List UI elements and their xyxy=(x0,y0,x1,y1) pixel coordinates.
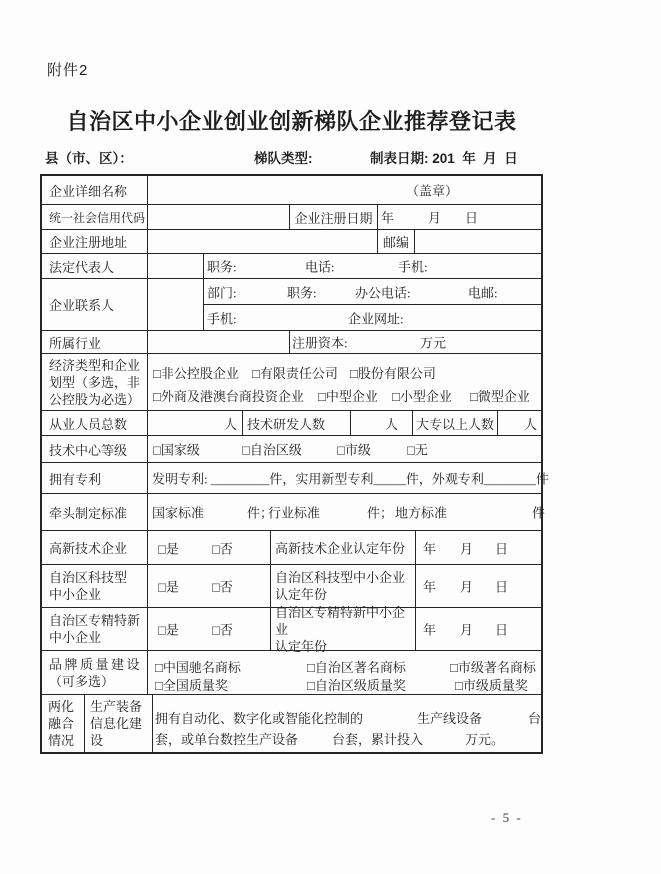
checkbox-no: □否 xyxy=(212,577,233,596)
hightech-yesno-cell: □是 □否 xyxy=(147,531,270,564)
rd-value-cell: 人 xyxy=(350,411,412,435)
day-label: 日 xyxy=(495,577,508,596)
postcode-value-cell xyxy=(414,230,541,253)
month-label: 月 xyxy=(460,538,473,557)
form-header-line: 县（市、区）： 梯队类型: 制表日期: 201 年 月 日 xyxy=(0,147,661,165)
equipment-label-cell: 生产装备 信息化建 设 xyxy=(84,695,152,752)
specialized-label-line2: 中小企业 xyxy=(49,629,101,646)
duty-label: 职务: xyxy=(207,257,237,276)
row-specialized: 自治区专精特新 中小企业 □是 □否 自治区专精特新中小企业 认定年份 年 月 … xyxy=(42,607,541,650)
brand-label-cell: 品牌质量建设 （可多选） xyxy=(42,651,147,694)
informatization-text-3: 台 xyxy=(528,708,541,727)
specialized-year-cell: 年 月 日 xyxy=(415,608,541,650)
row-contact: 企业联系人 部门: 职务: 办公电话: 电邮: 手机: 企业网址: xyxy=(42,278,541,330)
economic-type-label-line2: 划型（多选，非 xyxy=(49,374,140,391)
economic-type-label-line3: 公控股为必选） xyxy=(49,391,140,408)
industry-label: 所属行业 xyxy=(49,333,101,352)
equipment-label-line2: 信息化建 xyxy=(90,715,142,732)
month-label: 月 xyxy=(460,620,473,639)
industry-value-cell xyxy=(147,331,289,353)
hightech-label: 高新技术企业 xyxy=(49,538,127,557)
checkbox-llc: □有限责任公司 xyxy=(252,363,338,382)
scitech-yesno-cell: □是 □否 xyxy=(147,565,270,607)
legal-rep-name-cell xyxy=(147,254,203,278)
legal-rep-label-cell: 法定代表人 xyxy=(42,254,147,278)
tech-center-options-cell: □国家级 □自治区级 □市级 □无 xyxy=(147,436,541,462)
reg-date-value-cell: 年 月 日 xyxy=(377,205,541,229)
year-label: 年 xyxy=(381,208,394,227)
row-brand: 品牌质量建设 （可多选） □中国驰名商标 □自治区著名商标 □市级著名商标 □全… xyxy=(42,650,541,694)
college-unit: 人 xyxy=(524,414,537,433)
day-label: 日 xyxy=(495,538,508,557)
website-label: 企业网址: xyxy=(348,308,404,327)
patents-content-cell: 发明专利: _________件，实用新型专利_____件，外观专利______… xyxy=(147,463,541,493)
employees-unit: 人 xyxy=(224,414,237,433)
reg-address-label-cell: 企业注册地址 xyxy=(42,230,147,253)
specialized-label-line1: 自治区专精特新 xyxy=(49,612,140,629)
row-informatization: 两化 融合 情况 生产装备 信息化建 设 拥有自动化、数字化或智能化控制的 生产… xyxy=(42,694,541,752)
reg-date-label: 企业注册日期 xyxy=(294,208,372,227)
scitech-year-cell: 年 月 日 xyxy=(415,565,541,607)
specialized-label-cell: 自治区专精特新 中小企业 xyxy=(42,608,147,650)
row-company-name: 企业详细名称 （盖章） xyxy=(42,176,541,204)
contact-name-cell xyxy=(147,279,203,330)
checkbox-yes: □是 xyxy=(158,538,179,557)
tech-center-label: 技术中心等级 xyxy=(49,440,127,459)
scitech-label-line2: 中小企业 xyxy=(49,586,101,603)
contact-detail-line2: 手机: 企业网址: xyxy=(204,304,541,330)
checkbox-non-state: □非公控股企业 xyxy=(153,363,239,382)
standards-national: 国家标准 xyxy=(152,503,204,522)
scitech-label-line1: 自治区科技型 xyxy=(49,569,127,586)
scanned-form-page: 附件2 自治区中小企业创业创新梯队企业推荐登记表 县（市、区）： 梯队类型: 制… xyxy=(0,0,661,874)
company-name-label-cell: 企业详细名称 xyxy=(42,176,147,204)
checkbox-yes: □是 xyxy=(158,620,179,639)
echelon-type-label: 梯队类型: xyxy=(254,147,313,167)
contact-label: 企业联系人 xyxy=(49,295,114,314)
brand-label-line2: （可多选） xyxy=(49,673,114,690)
checkbox-region-famous: □自治区著名商标 xyxy=(307,657,406,676)
hightech-label-cell: 高新技术企业 xyxy=(42,531,147,564)
informatization-label-line3: 情况 xyxy=(48,732,74,749)
scitech-year-label-line1: 自治区科技型中小企业 xyxy=(275,569,405,586)
row-patents: 拥有专利 发明专利: _________件，实用新型专利_____件，外观专利_… xyxy=(42,462,541,493)
company-name-label: 企业详细名称 xyxy=(49,181,127,200)
reg-date-label-cell: 企业注册日期 xyxy=(289,205,377,229)
row-economic-type: 经济类型和企业 划型（多选，非 公控股为必选） □非公控股企业 □有限责任公司 … xyxy=(42,353,541,410)
contact-label-cell: 企业联系人 xyxy=(42,279,147,330)
economic-type-label-line1: 经济类型和企业 xyxy=(49,357,140,374)
row-reg-address: 企业注册地址 邮编 xyxy=(42,229,541,253)
standards-label-cell: 牵头制定标准 xyxy=(42,494,147,530)
employees-value-cell: 人 xyxy=(147,411,242,435)
row-credit-code: 统一社会信用代码 企业注册日期 年 月 日 xyxy=(42,204,541,229)
legal-rep-detail-cell: 职务: 电话: 手机: xyxy=(203,254,541,278)
row-employees: 从业人员总数 人 技术研发人数 人 大专以上人数 人 xyxy=(42,410,541,435)
row-standards: 牵头制定标准 国家标准 件； 行业标准 件； 地方标准 件 xyxy=(42,493,541,530)
year-label: 年 xyxy=(423,577,436,596)
specialized-yesno-cell: □是 □否 xyxy=(147,608,270,650)
rd-unit: 人 xyxy=(385,414,398,433)
capital-cell: 注册资本: 万元 xyxy=(289,331,541,353)
employees-label-cell: 从业人员总数 xyxy=(42,411,147,435)
duty-label: 职务: xyxy=(287,282,317,301)
page-number: - 5 - xyxy=(491,810,523,826)
informatization-label-line2: 融合 xyxy=(48,715,74,732)
standards-content-cell: 国家标准 件； 行业标准 件； 地方标准 件 xyxy=(147,494,541,530)
checkbox-no: □否 xyxy=(212,538,233,557)
reg-address-label: 企业注册地址 xyxy=(49,232,127,251)
row-tech-center: 技术中心等级 □国家级 □自治区级 □市级 □无 xyxy=(42,435,541,462)
checkbox-jsc: □股份有限公司 xyxy=(350,363,436,382)
county-label: 县（市、区）： xyxy=(45,147,133,167)
checkbox-regional: □自治区级 xyxy=(242,440,302,459)
hightech-year-label: 高新技术企业认定年份 xyxy=(275,538,405,557)
postcode-label-cell: 邮编 xyxy=(377,230,414,253)
hightech-year-cell: 年 月 日 xyxy=(415,531,541,564)
checkbox-city-famous: □市级著名商标 xyxy=(450,657,536,676)
legal-rep-label: 法定代表人 xyxy=(49,257,114,276)
mobile-label: 手机: xyxy=(398,257,428,276)
patents-label: 拥有专利 xyxy=(49,469,101,488)
industry-label-cell: 所属行业 xyxy=(42,331,147,353)
company-name-value-cell: （盖章） xyxy=(147,176,541,204)
checkbox-city-quality: □市级质量奖 xyxy=(455,675,528,694)
contact-detail-cell: 部门: 职务: 办公电话: 电邮: 手机: 企业网址: xyxy=(203,279,541,330)
row-legal-rep: 法定代表人 职务: 电话: 手机: xyxy=(42,253,541,278)
scitech-year-label-cell: 自治区科技型中小企业 认定年份 xyxy=(270,565,415,607)
mobile-label: 手机: xyxy=(207,308,237,327)
checkbox-medium: □中型企业 xyxy=(318,386,378,405)
contact-detail-line1: 部门: 职务: 办公电话: 电邮: xyxy=(204,279,541,304)
brand-options-cell: □中国驰名商标 □自治区著名商标 □市级著名商标 □全国质量奖 □自治区级质量奖… xyxy=(147,651,541,694)
standards-local: 地方标准 xyxy=(395,503,447,522)
informatization-content-cell: 拥有自动化、数字化或智能化控制的 生产线设备 台 套，或单台数控生产设备 台套，… xyxy=(152,695,541,752)
employees-label: 从业人员总数 xyxy=(49,414,127,433)
informatization-label-cell: 两化 融合 情况 xyxy=(42,695,84,752)
checkbox-national: □国家级 xyxy=(153,440,200,459)
informatization-text-6: 万元。 xyxy=(465,729,504,748)
brand-label-line1: 品牌质量建设 xyxy=(49,656,142,673)
credit-code-label: 统一社会信用代码 xyxy=(49,209,145,226)
checkbox-none: □无 xyxy=(407,440,428,459)
specialized-year-label-line1: 自治区专精特新中小企业 xyxy=(275,604,415,638)
reg-address-value-cell xyxy=(147,230,377,253)
informatization-text-5: 台套，累计投入 xyxy=(332,729,423,748)
standards-label: 牵头制定标准 xyxy=(49,503,127,522)
standards-industry: 行业标准 xyxy=(268,503,320,522)
dept-label: 部门: xyxy=(207,282,237,301)
college-value-cell: 人 xyxy=(497,411,541,435)
checkbox-region-quality: □自治区级质量奖 xyxy=(307,675,406,694)
day-label: 日 xyxy=(465,208,478,227)
rd-label-cell: 技术研发人数 xyxy=(242,411,350,435)
scitech-label-cell: 自治区科技型 中小企业 xyxy=(42,565,147,607)
checkbox-yes: □是 xyxy=(158,577,179,596)
attachment-label: 附件2 xyxy=(47,59,88,80)
specialized-year-label-cell: 自治区专精特新中小企业 认定年份 xyxy=(270,608,415,650)
standards-unit2: 件； xyxy=(367,503,393,522)
hightech-year-label-cell: 高新技术企业认定年份 xyxy=(270,531,415,564)
informatization-text-1: 拥有自动化、数字化或智能化控制的 xyxy=(155,708,363,727)
rd-label: 技术研发人数 xyxy=(247,414,325,433)
month-label: 月 xyxy=(428,208,441,227)
row-hightech: 高新技术企业 □是 □否 高新技术企业认定年份 年 月 日 xyxy=(42,530,541,564)
informatization-label-line1: 两化 xyxy=(48,698,74,715)
credit-code-value-cell xyxy=(147,205,289,229)
checkbox-national-quality: □全国质量奖 xyxy=(155,675,228,694)
checkbox-china-famous: □中国驰名商标 xyxy=(155,657,241,676)
registration-form-table: 企业详细名称 （盖章） 统一社会信用代码 企业注册日期 年 月 日 企 xyxy=(40,174,543,754)
day-label: 日 xyxy=(495,620,508,639)
postcode-label: 邮编 xyxy=(383,232,409,251)
patents-content: 发明专利: _________件，实用新型专利_____件，外观专利______… xyxy=(152,469,549,488)
informatization-text-4: 套，或单台数控生产设备 xyxy=(155,729,298,748)
row-scitech: 自治区科技型 中小企业 □是 □否 自治区科技型中小企业 认定年份 年 月 日 xyxy=(42,564,541,607)
page-title: 自治区中小企业创业创新梯队企业推荐登记表 xyxy=(40,105,543,136)
row-industry: 所属行业 注册资本: 万元 xyxy=(42,330,541,353)
economic-type-options-cell: □非公控股企业 □有限责任公司 □股份有限公司 □外商及港澳台商投资企业 □中型… xyxy=(147,354,541,410)
seal-hint: （盖章） xyxy=(406,181,458,200)
patents-label-cell: 拥有专利 xyxy=(42,463,147,493)
year-label: 年 xyxy=(423,538,436,557)
phone-label: 电话: xyxy=(305,257,335,276)
checkbox-no: □否 xyxy=(212,620,233,639)
checkbox-foreign: □外商及港澳台商投资企业 xyxy=(153,386,304,405)
standards-unit3: 件 xyxy=(532,503,545,522)
checkbox-city: □市级 xyxy=(337,440,371,459)
year-label: 年 xyxy=(423,620,436,639)
informatization-text-2: 生产线设备 xyxy=(417,708,482,727)
capital-label: 注册资本: xyxy=(292,333,348,352)
office-phone-label: 办公电话: xyxy=(355,282,411,301)
capital-unit: 万元 xyxy=(420,333,446,352)
checkbox-micro: □微型企业 xyxy=(470,386,530,405)
checkbox-small: □小型企业 xyxy=(392,386,452,405)
email-label: 电邮: xyxy=(468,282,498,301)
equipment-label-line1: 生产装备 xyxy=(90,698,142,715)
credit-code-label-cell: 统一社会信用代码 xyxy=(42,205,147,229)
college-label-cell: 大专以上人数 xyxy=(412,411,497,435)
month-label: 月 xyxy=(460,577,473,596)
form-date-label: 制表日期: 201 年 月 日 xyxy=(370,147,518,167)
equipment-label-line3: 设 xyxy=(90,732,103,749)
college-label: 大专以上人数 xyxy=(416,414,494,433)
tech-center-label-cell: 技术中心等级 xyxy=(42,436,147,462)
economic-type-label-cell: 经济类型和企业 划型（多选，非 公控股为必选） xyxy=(42,354,147,410)
scitech-year-label-line2: 认定年份 xyxy=(275,586,327,603)
